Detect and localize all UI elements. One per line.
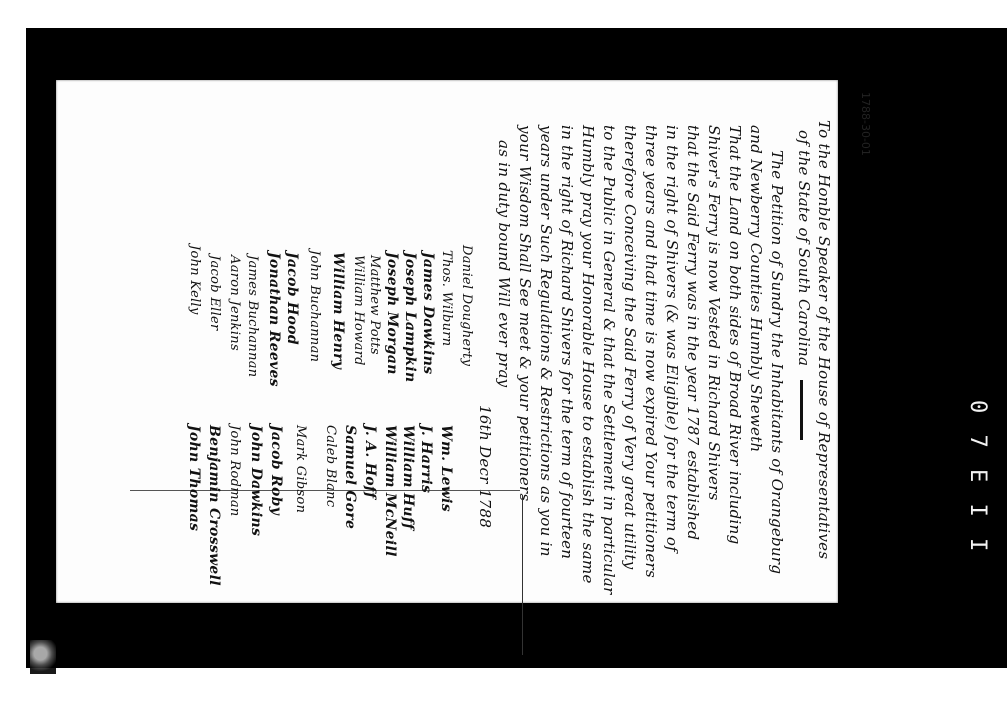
signature: John Thomas [186, 425, 202, 531]
body-line: The Petition of Sundry the Inhabitants o… [768, 150, 786, 574]
signature: Thos. Wilburn [439, 250, 454, 346]
signature: Mark Gibson [293, 425, 308, 513]
signature: Jacob Eller [207, 255, 222, 331]
film-damage-spot [30, 640, 56, 674]
microfilm-scan: To the Honble Speaker of the House of Re… [0, 0, 1007, 712]
address-line-1: To the Honble Speaker of the House of Re… [815, 120, 833, 559]
body-line: as in duty bound Will ever pray [495, 140, 513, 387]
signature: James Dawkins [420, 252, 436, 374]
address-underline [800, 380, 803, 440]
body-line: years under Such Regulations & Restricti… [537, 125, 555, 557]
signature: John Buchannan [307, 250, 322, 362]
body-line: therefore Conceiving the Said Ferry of V… [621, 125, 639, 570]
address-line-2: of the State of South Carolina [795, 130, 813, 366]
signature: William Henry [330, 252, 346, 369]
signature: Samuel Gore [342, 425, 358, 529]
signature: Aaron Jenkins [227, 255, 242, 351]
signature: Daniel Dougherty [459, 245, 474, 366]
body-line: in the right of Richard Shivers for the … [558, 125, 576, 559]
signature: Jacob Roby [268, 425, 284, 515]
body-line: your Wisdom Shall See meet & your petiti… [516, 125, 534, 501]
signature: Joseph Lampkin [402, 252, 418, 383]
signature: Joseph Morgan [384, 252, 400, 375]
signature: Jacob Hood [284, 252, 300, 345]
petition-page: To the Honble Speaker of the House of Re… [56, 80, 838, 603]
signature: J. Harris [418, 425, 434, 493]
catalog-number: 1788-30-01 [859, 92, 872, 156]
signature: John Dawkins [248, 425, 264, 536]
body-line: Humbly pray your Honorable House to esta… [579, 125, 597, 584]
signature-divider [522, 495, 523, 655]
signature: James Buchannan [245, 255, 260, 377]
body-line: in the right of Shivers (& was Eligible)… [663, 125, 681, 552]
signature: John Kelly [187, 245, 202, 315]
signature: Jonathan Reeves [266, 252, 282, 387]
signature: John Rodman [227, 425, 242, 517]
body-line: that the Said Ferry was in the year 1787… [684, 125, 702, 540]
film-frame-label: 0 7 E I I [965, 400, 990, 555]
signature: J. A. Hoff [362, 425, 378, 499]
signature: Wm. Lewis [438, 425, 454, 512]
signature: William Huff [400, 425, 416, 530]
signature: Caleb Blanc [323, 425, 338, 507]
signature: Matthew Potts [367, 255, 382, 355]
body-line: Shiver's Ferry is now Vested in Richard … [705, 125, 723, 501]
body-line: three years and that time is now expired… [642, 125, 660, 578]
petition-date: 16th Decr 1788 [476, 405, 494, 528]
body-line: That the Land on both sides of Broad Riv… [726, 125, 744, 545]
signature: William Howard [351, 255, 366, 366]
body-line: and Newberry Counties Humbly Sheweth [747, 125, 765, 453]
body-line: to the Public in General & that the Sett… [600, 125, 618, 595]
signature: Benjamin Crosswell [206, 425, 222, 586]
signature: William McNeill [382, 425, 398, 557]
